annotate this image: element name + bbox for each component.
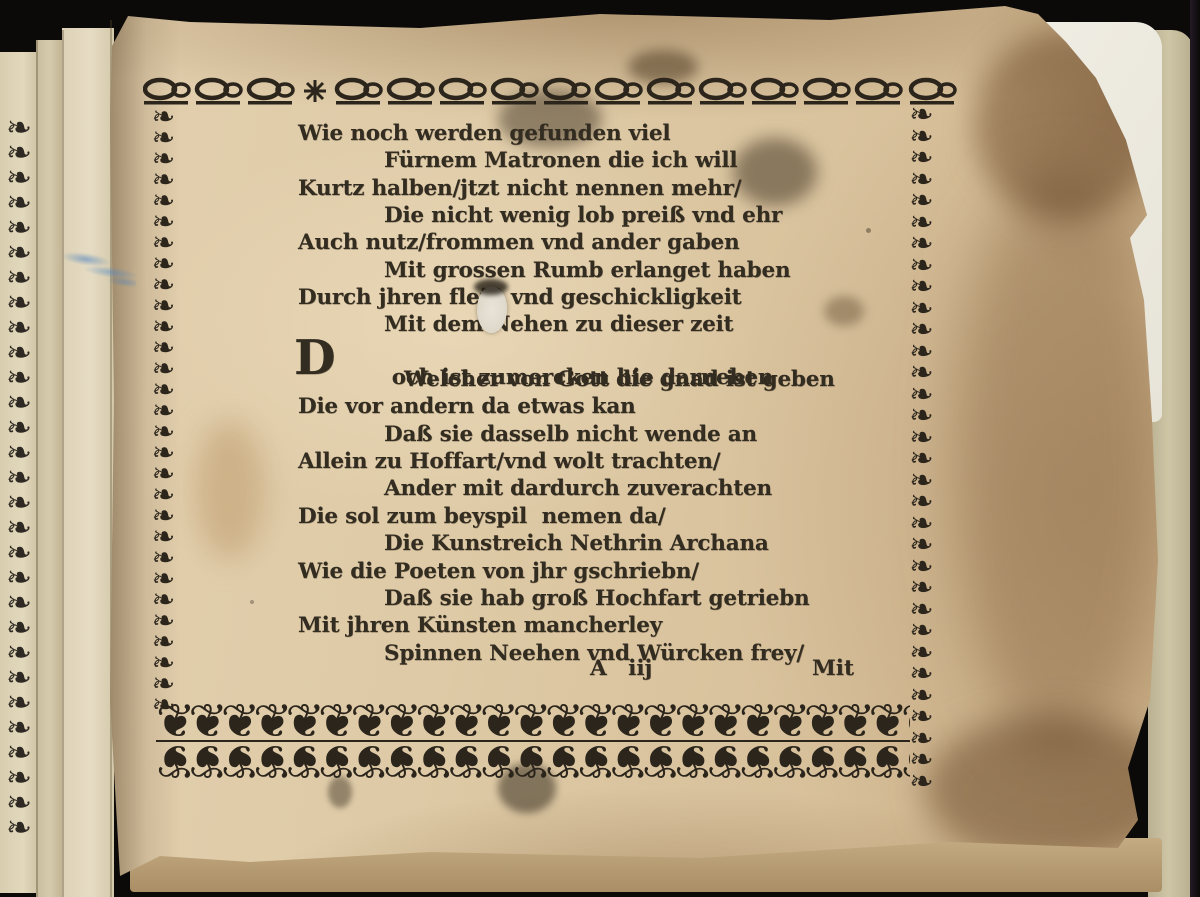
- bottom-band-row: ❦❦❦❦❦❦❦❦❦❦❦❦❦❦❦❦❦❦❦❦❦❦❦❦❦❦❦❦❦❦: [156, 704, 910, 741]
- top-ornament-band: [143, 77, 958, 108]
- bottom-band-row-mirrored: ❦❦❦❦❦❦❦❦❦❦❦❦❦❦❦❦❦❦❦❦❦❦❦❦❦❦❦❦❦❦: [156, 741, 910, 778]
- speck: [866, 228, 871, 233]
- poem-line-text: och ist zumercken hie darneben: [392, 365, 774, 390]
- page-edge-strip: [36, 40, 64, 897]
- poem-line: Die sol zum beyspil nemen da/: [298, 504, 898, 531]
- star-ornament: [304, 80, 326, 102]
- smudge: [328, 776, 352, 808]
- poem-line: Auch nutz/frommen vnd ander gaben: [298, 230, 898, 257]
- signature-row: A iij Mit: [298, 656, 898, 684]
- ornate-initial-letter: D: [294, 335, 335, 381]
- right-ornament-column: ❧❧❧❧❧❧❧❧❧❧❧❧❧❧❧❧❧❧❧❧❧❧❧❧❧❧❧❧❧❧❧❧: [903, 104, 940, 794]
- book-leaf: ❧❧❧❧❧❧❧❧❧❧❧❧❧❧❧❧❧❧❧❧❧❧❧❧❧❧❧❧❧ ❧❧❧❧❧❧❧❧❧❧…: [0, 0, 1200, 897]
- poem-line: Wie noch werden gefunden viel: [298, 121, 898, 148]
- page-edge-strip: [62, 28, 114, 897]
- catchword: Mit: [812, 656, 854, 681]
- charred-edge-of-flaw: [474, 279, 508, 295]
- poem-line: Ander mit dardurch zuverachten: [298, 476, 898, 503]
- left-ornament-column: ❧❧❧❧❧❧❧❧❧❧❧❧❧❧❧❧❧❧❧❧❧❧❧❧❧❧❧❧❧: [147, 106, 180, 714]
- poem-line: Allein zu Hoffart/vnd wolt trachten/: [298, 449, 898, 476]
- poem-line: Daß sie dasselb nicht wende an: [298, 422, 898, 449]
- foxing-stain: [195, 420, 265, 560]
- poem-line: Fürnem Matronen die ich will: [298, 148, 898, 175]
- facing-page-strip: ❧❧❧❧❧❧❧❧❧❧❧❧❧❧❧❧❧❧❧❧❧❧❧❧❧❧❧❧❧: [0, 52, 38, 893]
- speck: [250, 600, 254, 604]
- poem-line: Die vor andern da etwas kan: [298, 394, 898, 421]
- signature-mark: A iij: [590, 656, 652, 681]
- bottom-ornament-band: ❦❦❦❦❦❦❦❦❦❦❦❦❦❦❦❦❦❦❦❦❦❦❦❦❦❦❦❦❦❦ ❦❦❦❦❦❦❦❦❦…: [156, 704, 910, 779]
- page-fold-line: [36, 40, 38, 897]
- speck: [700, 430, 704, 434]
- poem-line: Daß sie hab groß Hochfart getriebn: [298, 586, 898, 613]
- bottom-band-rule: [156, 740, 910, 742]
- poem-line: Wie die Poeten von jhr gschriebn/: [298, 559, 898, 586]
- poem-line: Kurtz halben/jtzt nicht nennen mehr/: [298, 176, 898, 203]
- facing-page-ornament-column: ❧❧❧❧❧❧❧❧❧❧❧❧❧❧❧❧❧❧❧❧❧❧❧❧❧❧❧❧❧: [2, 116, 36, 842]
- poem-line: Mit grossen Rumb erlanget haben: [298, 258, 898, 285]
- poem-line: Durch jhren fleiß vnd geschickligkeit: [298, 285, 898, 312]
- poem-text-block: Wie noch werden gefunden viel Fürnem Mat…: [298, 121, 898, 668]
- digitized-book-photograph: { "document": { "description": "Printed …: [0, 0, 1200, 897]
- backdrop-edge: [1190, 0, 1200, 897]
- page-fold-line: [62, 30, 64, 897]
- poem-line: Die Kunstreich Nethrin Archana: [298, 531, 898, 558]
- poem-line: Die nicht wenig lob preiß vnd ehr: [298, 203, 898, 230]
- poem-line: Doch ist zumercken hie darneben: [298, 340, 898, 367]
- poem-line: Mit dem Nehen zu dieser zeit: [298, 312, 898, 339]
- poem-line: Mit jhren Künsten mancherley: [298, 613, 898, 640]
- right-margin-stain: [955, 170, 1160, 750]
